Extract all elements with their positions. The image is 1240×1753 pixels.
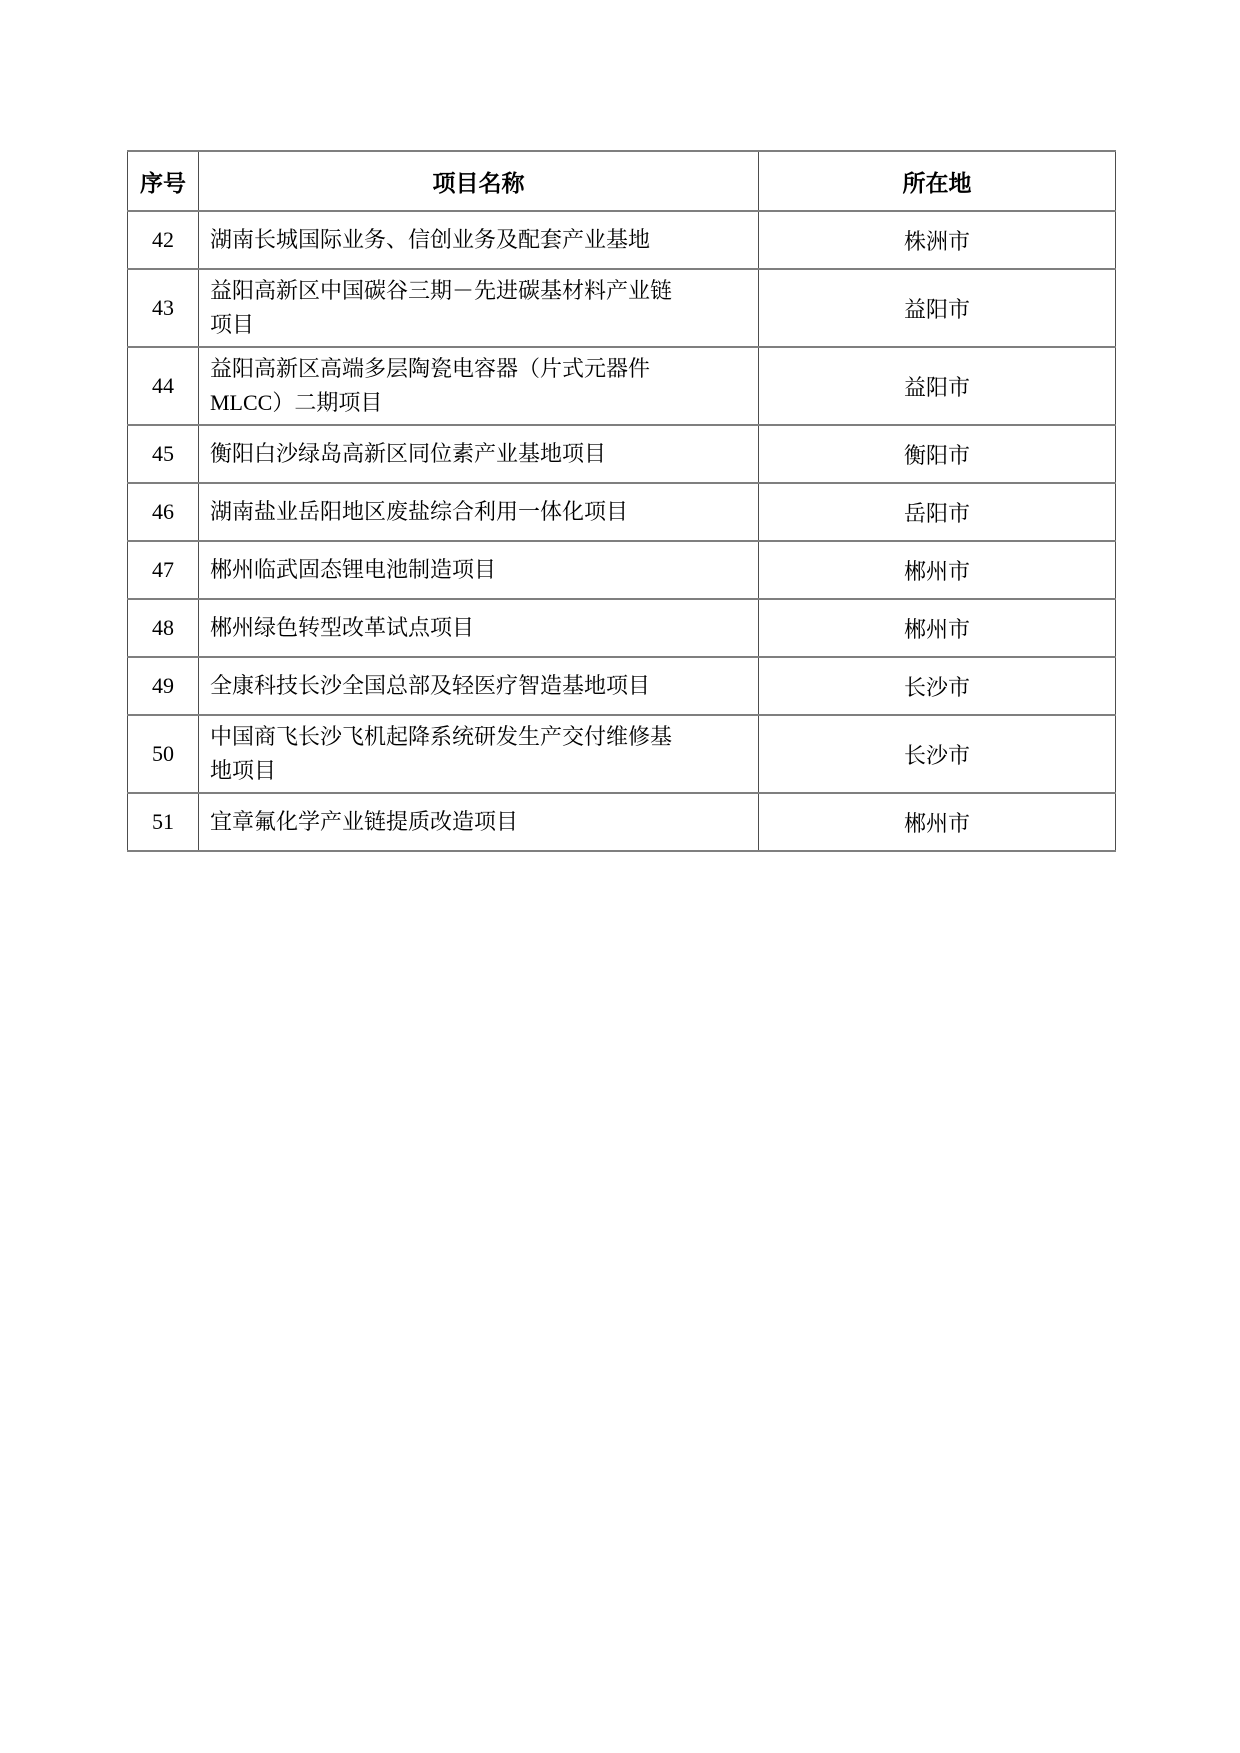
header-project-name: 项目名称 — [199, 151, 759, 211]
project-name-cell: 郴州临武固态锂电池制造项目 — [199, 541, 759, 599]
projects-table-body: 42 湖南长城国际业务、信创业务及配套产业基地 株洲市 43 益阳高新区中国碳谷… — [128, 211, 1116, 851]
row-number: 49 — [128, 657, 199, 715]
document-page: 序号 项目名称 所在地 42 湖南长城国际业务、信创业务及配套产业基地 株洲市 … — [0, 0, 1240, 1753]
project-name-line: 衡阳白沙绿岛高新区同位素产业基地项目 — [210, 437, 750, 471]
projects-table: 序号 项目名称 所在地 42 湖南长城国际业务、信创业务及配套产业基地 株洲市 … — [127, 150, 1116, 852]
row-number: 47 — [128, 541, 199, 599]
project-name-cell: 湖南长城国际业务、信创业务及配套产业基地 — [199, 211, 759, 269]
table-row: 48 郴州绿色转型改革试点项目 郴州市 — [128, 599, 1116, 657]
row-location: 郴州市 — [759, 599, 1116, 657]
project-name-line: 郴州临武固态锂电池制造项目 — [210, 553, 750, 587]
header-sequence-number: 序号 — [128, 151, 199, 211]
project-name-cell: 湖南盐业岳阳地区废盐综合利用一体化项目 — [199, 483, 759, 541]
row-number: 48 — [128, 599, 199, 657]
row-number: 43 — [128, 269, 199, 347]
project-name-line: 项目 — [210, 308, 750, 342]
row-location: 益阳市 — [759, 269, 1116, 347]
project-name-cell: 宜章氟化学产业链提质改造项目 — [199, 793, 759, 851]
project-name-line: MLCC）二期项目 — [210, 386, 750, 420]
row-location: 郴州市 — [759, 541, 1116, 599]
header-location: 所在地 — [759, 151, 1116, 211]
project-name-line: 宜章氟化学产业链提质改造项目 — [210, 805, 750, 839]
project-name-cell: 中国商飞长沙飞机起降系统研发生产交付维修基地项目 — [199, 715, 759, 793]
row-number: 45 — [128, 425, 199, 483]
table-row: 49 全康科技长沙全国总部及轻医疗智造基地项目 长沙市 — [128, 657, 1116, 715]
row-number: 50 — [128, 715, 199, 793]
row-location: 株洲市 — [759, 211, 1116, 269]
project-name-cell: 全康科技长沙全国总部及轻医疗智造基地项目 — [199, 657, 759, 715]
table-row: 50 中国商飞长沙飞机起降系统研发生产交付维修基地项目 长沙市 — [128, 715, 1116, 793]
project-name-cell: 衡阳白沙绿岛高新区同位素产业基地项目 — [199, 425, 759, 483]
row-number: 46 — [128, 483, 199, 541]
row-location: 长沙市 — [759, 657, 1116, 715]
project-name-cell: 郴州绿色转型改革试点项目 — [199, 599, 759, 657]
row-location: 长沙市 — [759, 715, 1116, 793]
project-name-line: 地项目 — [210, 754, 750, 788]
row-number: 51 — [128, 793, 199, 851]
project-name-line: 益阳高新区中国碳谷三期－先进碳基材料产业链 — [210, 274, 750, 308]
project-name-line: 湖南长城国际业务、信创业务及配套产业基地 — [210, 223, 750, 257]
row-location: 衡阳市 — [759, 425, 1116, 483]
project-name-line: 全康科技长沙全国总部及轻医疗智造基地项目 — [210, 669, 750, 703]
project-name-line: 湖南盐业岳阳地区废盐综合利用一体化项目 — [210, 495, 750, 529]
row-location: 益阳市 — [759, 347, 1116, 425]
project-name-line: 益阳高新区高端多层陶瓷电容器（片式元器件 — [210, 352, 750, 386]
project-name-line: 郴州绿色转型改革试点项目 — [210, 611, 750, 645]
table-row: 42 湖南长城国际业务、信创业务及配套产业基地 株洲市 — [128, 211, 1116, 269]
project-name-cell: 益阳高新区中国碳谷三期－先进碳基材料产业链项目 — [199, 269, 759, 347]
row-number: 44 — [128, 347, 199, 425]
table-row: 47 郴州临武固态锂电池制造项目 郴州市 — [128, 541, 1116, 599]
table-row: 43 益阳高新区中国碳谷三期－先进碳基材料产业链项目 益阳市 — [128, 269, 1116, 347]
table-row: 51 宜章氟化学产业链提质改造项目 郴州市 — [128, 793, 1116, 851]
project-name-cell: 益阳高新区高端多层陶瓷电容器（片式元器件MLCC）二期项目 — [199, 347, 759, 425]
row-number: 42 — [128, 211, 199, 269]
row-location: 岳阳市 — [759, 483, 1116, 541]
table-row: 46 湖南盐业岳阳地区废盐综合利用一体化项目 岳阳市 — [128, 483, 1116, 541]
table-row: 44 益阳高新区高端多层陶瓷电容器（片式元器件MLCC）二期项目 益阳市 — [128, 347, 1116, 425]
table-header-row: 序号 项目名称 所在地 — [128, 151, 1116, 211]
table-row: 45 衡阳白沙绿岛高新区同位素产业基地项目 衡阳市 — [128, 425, 1116, 483]
row-location: 郴州市 — [759, 793, 1116, 851]
project-name-line: 中国商飞长沙飞机起降系统研发生产交付维修基 — [210, 720, 750, 754]
